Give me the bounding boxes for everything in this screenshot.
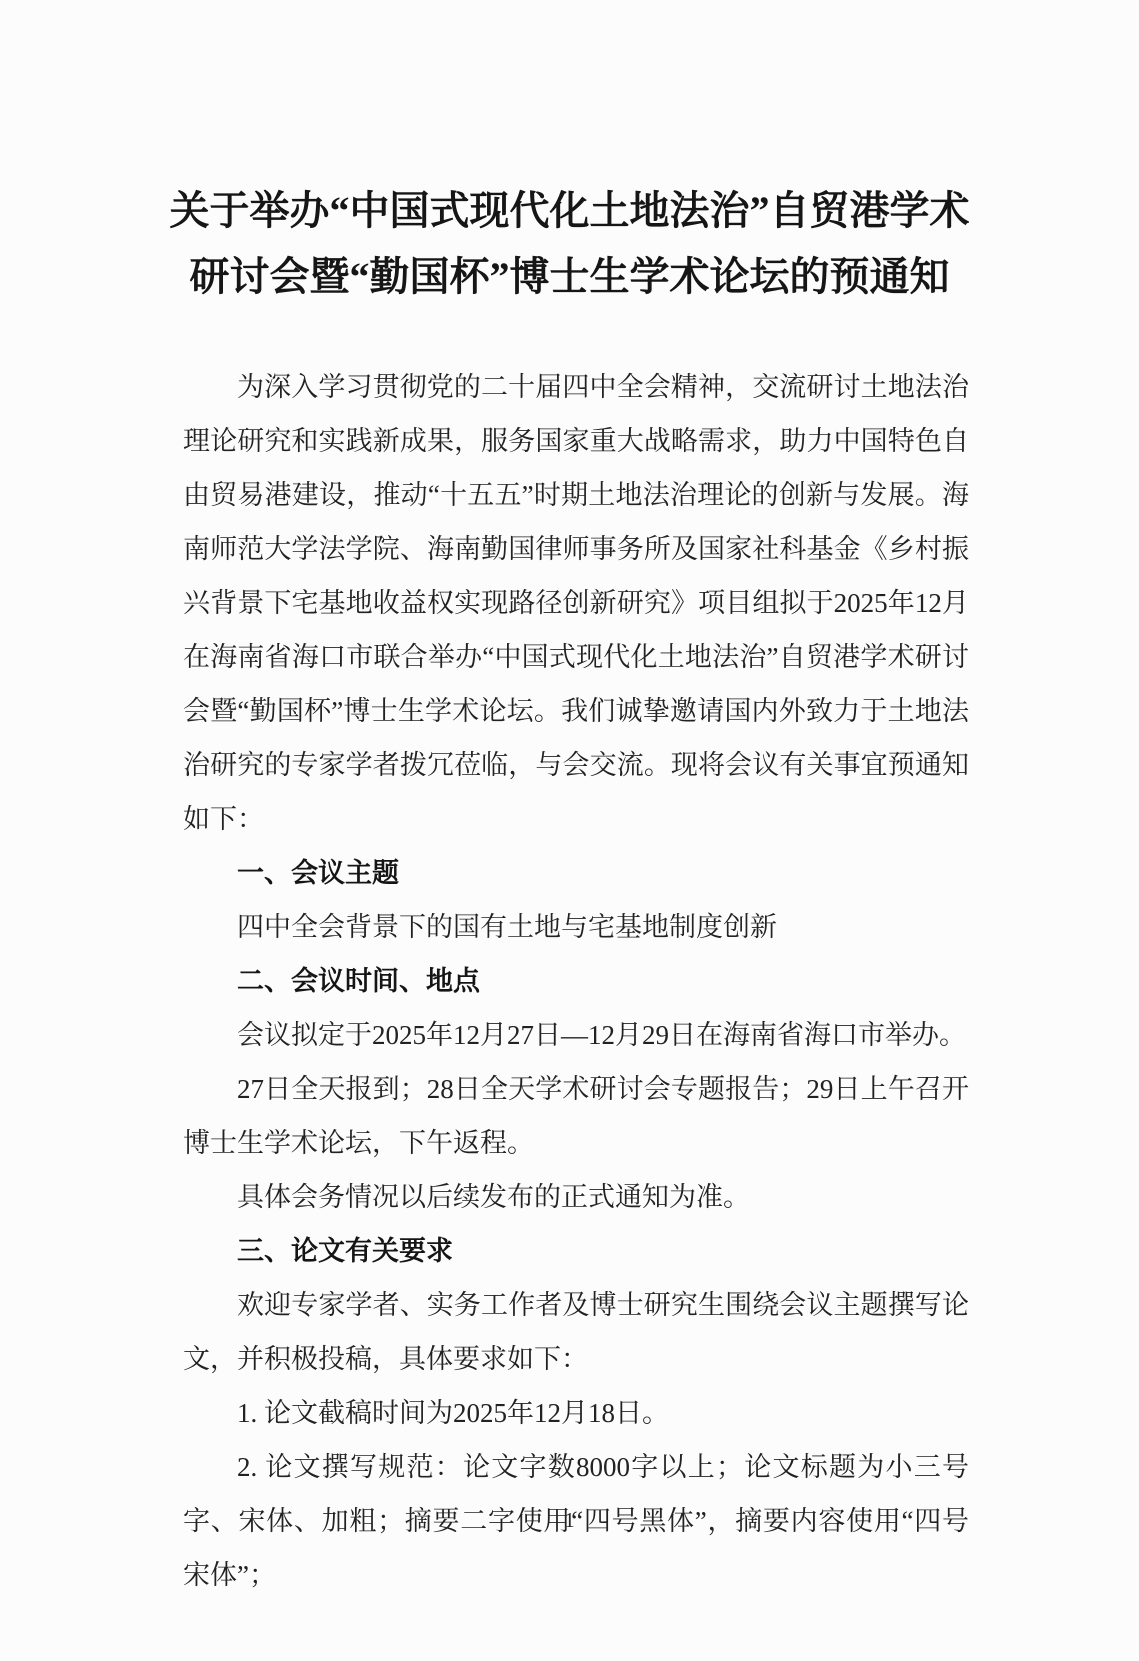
document-title: 关于举办“中国式现代化土地法治”自贸港学术 研讨会暨“勤国杯”博士生学术论坛的预… — [130, 178, 1009, 310]
section-1-heading: 一、会议主题 — [183, 846, 969, 900]
section-3-heading: 三、论文有关要求 — [183, 1224, 969, 1278]
section-3-item-1: 1. 论文截稿时间为2025年12月18日。 — [183, 1386, 969, 1440]
section-2-heading: 二、会议时间、地点 — [183, 954, 969, 1008]
page-number: 1 — [0, 1508, 1139, 1533]
document-title-line2: 研讨会暨“勤国杯”博士生学术论坛的预通知 — [130, 244, 1009, 310]
document-title-line1: 关于举办“中国式现代化土地法治”自贸港学术 — [130, 178, 1009, 244]
section-2-note-paragraph: 具体会务情况以后续发布的正式通知为准。 — [183, 1170, 969, 1224]
section-3-intro-paragraph: 欢迎专家学者、实务工作者及博士研究生围绕会议主题撰写论文，并积极投稿，具体要求如… — [183, 1278, 969, 1386]
document-page: 关于举办“中国式现代化土地法治”自贸港学术 研讨会暨“勤国杯”博士生学术论坛的预… — [0, 0, 1139, 1661]
intro-paragraph: 为深入学习贯彻党的二十届四中全会精神，交流研讨土地法治理论研究和实践新成果，服务… — [183, 360, 969, 846]
document-body: 为深入学习贯彻党的二十届四中全会精神，交流研讨土地法治理论研究和实践新成果，服务… — [183, 360, 969, 1602]
section-1-topic-paragraph: 四中全会背景下的国有土地与宅基地制度创新 — [183, 900, 969, 954]
section-2-schedule-paragraph: 27日全天报到；28日全天学术研讨会专题报告；29日上午召开博士生学术论坛，下午… — [183, 1062, 969, 1170]
section-2-date-paragraph: 会议拟定于2025年12月27日—12月29日在海南省海口市举办。 — [183, 1008, 969, 1062]
